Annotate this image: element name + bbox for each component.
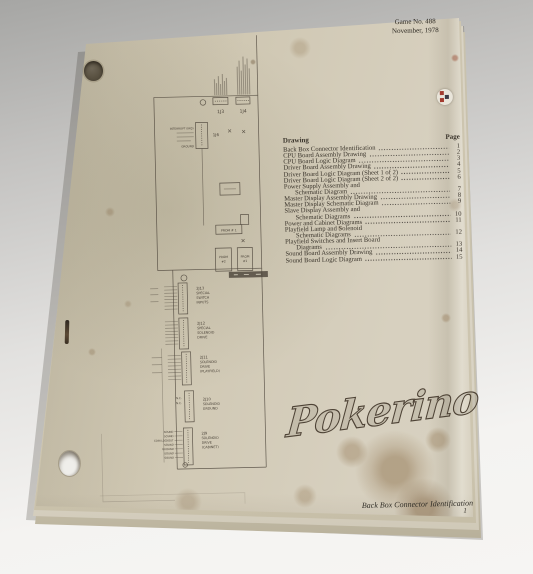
label-2j10-line3: GROUND: [203, 406, 218, 410]
label-2j12-line1: 2J12: [197, 321, 205, 325]
driver-connectors: [178, 283, 195, 465]
label-2j11-line2: SOLENOID: [200, 360, 218, 364]
prom1-label-line2: #1: [243, 259, 248, 263]
punch-hole-bottom: [59, 451, 80, 476]
label-2j13-line1: 2J13: [196, 286, 205, 290]
pin-label-sound1: SOUND: [164, 430, 174, 434]
label-2j13-line4: INPUTS: [196, 300, 208, 304]
top-connector-labels: 1J3 1J4 1J6 INTERRUPT (IRQ) GROUND: [169, 108, 247, 148]
photo-of-manual-page: Game No. 488 November, 1978 Drawing Page…: [0, 0, 533, 574]
pin-label-ground2: GROUND: [162, 447, 174, 451]
pin-label-nc1: N.C.: [176, 396, 182, 400]
prom1-label-line1: PROM: [240, 254, 249, 258]
pin-label-sound2: SOUND: [164, 434, 174, 438]
staple: [65, 320, 69, 344]
pin-label-sound5: SOUND: [164, 456, 174, 460]
pin-label-coin-lockout: COIN LOCKOUT: [154, 438, 174, 442]
label-2j9-line1: 2J9: [201, 431, 208, 435]
top-connectors: [195, 97, 251, 149]
label-2j10-line2: SOLENOID: [203, 402, 221, 406]
label-2j9-line2: SOLENOID: [202, 436, 220, 440]
prom2-label-line2: #2: [221, 259, 226, 263]
connector-label-1j4: 1J4: [240, 108, 247, 114]
stamp-red-bar: [440, 98, 444, 102]
label-2j11-line3: DRIVE: [200, 365, 210, 369]
pin-label-sound3: SOUND: [164, 443, 174, 447]
label-2j9-line3: DRIVE: [202, 441, 212, 445]
prom-labels: PROM # 1 PROM #2 PROM #1: [218, 228, 250, 264]
label-2j11-line1: 2J11: [200, 355, 208, 359]
label-2j9-line4: (CABINET): [202, 445, 219, 449]
pin-label-sound4: SOUND: [164, 451, 174, 455]
punch-hole-top: [84, 61, 103, 81]
stamp-dark-dot: [445, 95, 449, 99]
prom2-label-line1: PROM: [219, 255, 228, 259]
prom-chips: [213, 129, 253, 271]
pin-label-nc2: N.C.: [176, 401, 182, 405]
page-content: Game No. 488 November, 1978 Drawing Page…: [0, 0, 533, 574]
label-2j10-line1: 2J10: [203, 397, 212, 401]
pin-label-interrupt: INTERRUPT (IRQ): [170, 126, 194, 131]
connector-label-1j6: 1J6: [213, 132, 220, 137]
connector-label-1j3: 1J3: [217, 109, 224, 115]
prom-wide-label: PROM # 1: [221, 228, 237, 232]
label-2j12-line4: DRIVE: [197, 335, 207, 339]
label-2j12-line3: SOLENOID: [197, 330, 215, 334]
edge-connector-strip: [229, 271, 268, 278]
stamp-red-bar: [440, 91, 444, 95]
pin-label-ground: GROUND: [181, 144, 194, 148]
backbox-schematic-drawing: 1J3 1J4 1J6 INTERRUPT (IRQ) GROUND PROM …: [0, 0, 533, 574]
label-2j11-line4: (PLAYFIELD): [200, 369, 220, 373]
driver-connector-labels: 2J13 SPECIAL SWITCH INPUTS 2J12 SPECIAL …: [150, 286, 221, 460]
